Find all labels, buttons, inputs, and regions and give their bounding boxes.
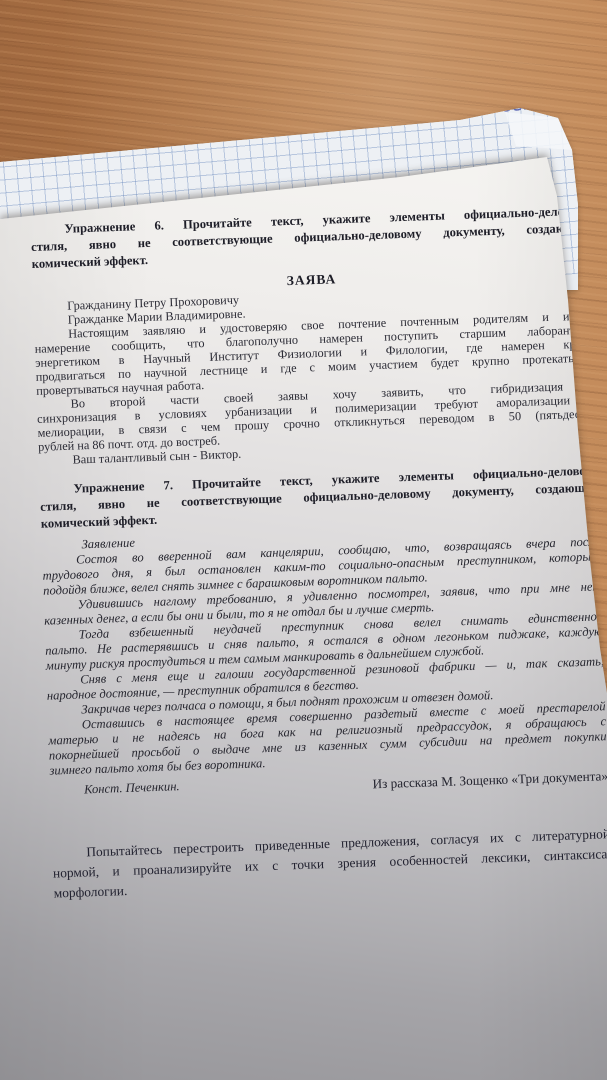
source-attribution: Из рассказа М. Зощенко «Три документа»	[372, 769, 607, 791]
task-paragraph: Попытайтесь перестроить приведенные пред…	[52, 824, 607, 903]
document-text: Упражнение 6. Прочитайте текст, укажите …	[30, 195, 607, 904]
exercise7-heading: Упражнение 7. Прочитайте текст, укажите …	[39, 454, 599, 533]
statement-signature: Конст. Печенкин.	[84, 779, 180, 797]
photo-scene: было объявлена- вынесена благодарность в…	[0, 0, 607, 1080]
printed-sheet-shadow: Упражнение 6. Прочитайте текст, укажите …	[0, 0, 607, 1080]
printed-sheet: Упражнение 6. Прочитайте текст, укажите …	[0, 0, 607, 1080]
exercise6-heading: Упражнение 6. Прочитайте текст, укажите …	[30, 195, 590, 274]
